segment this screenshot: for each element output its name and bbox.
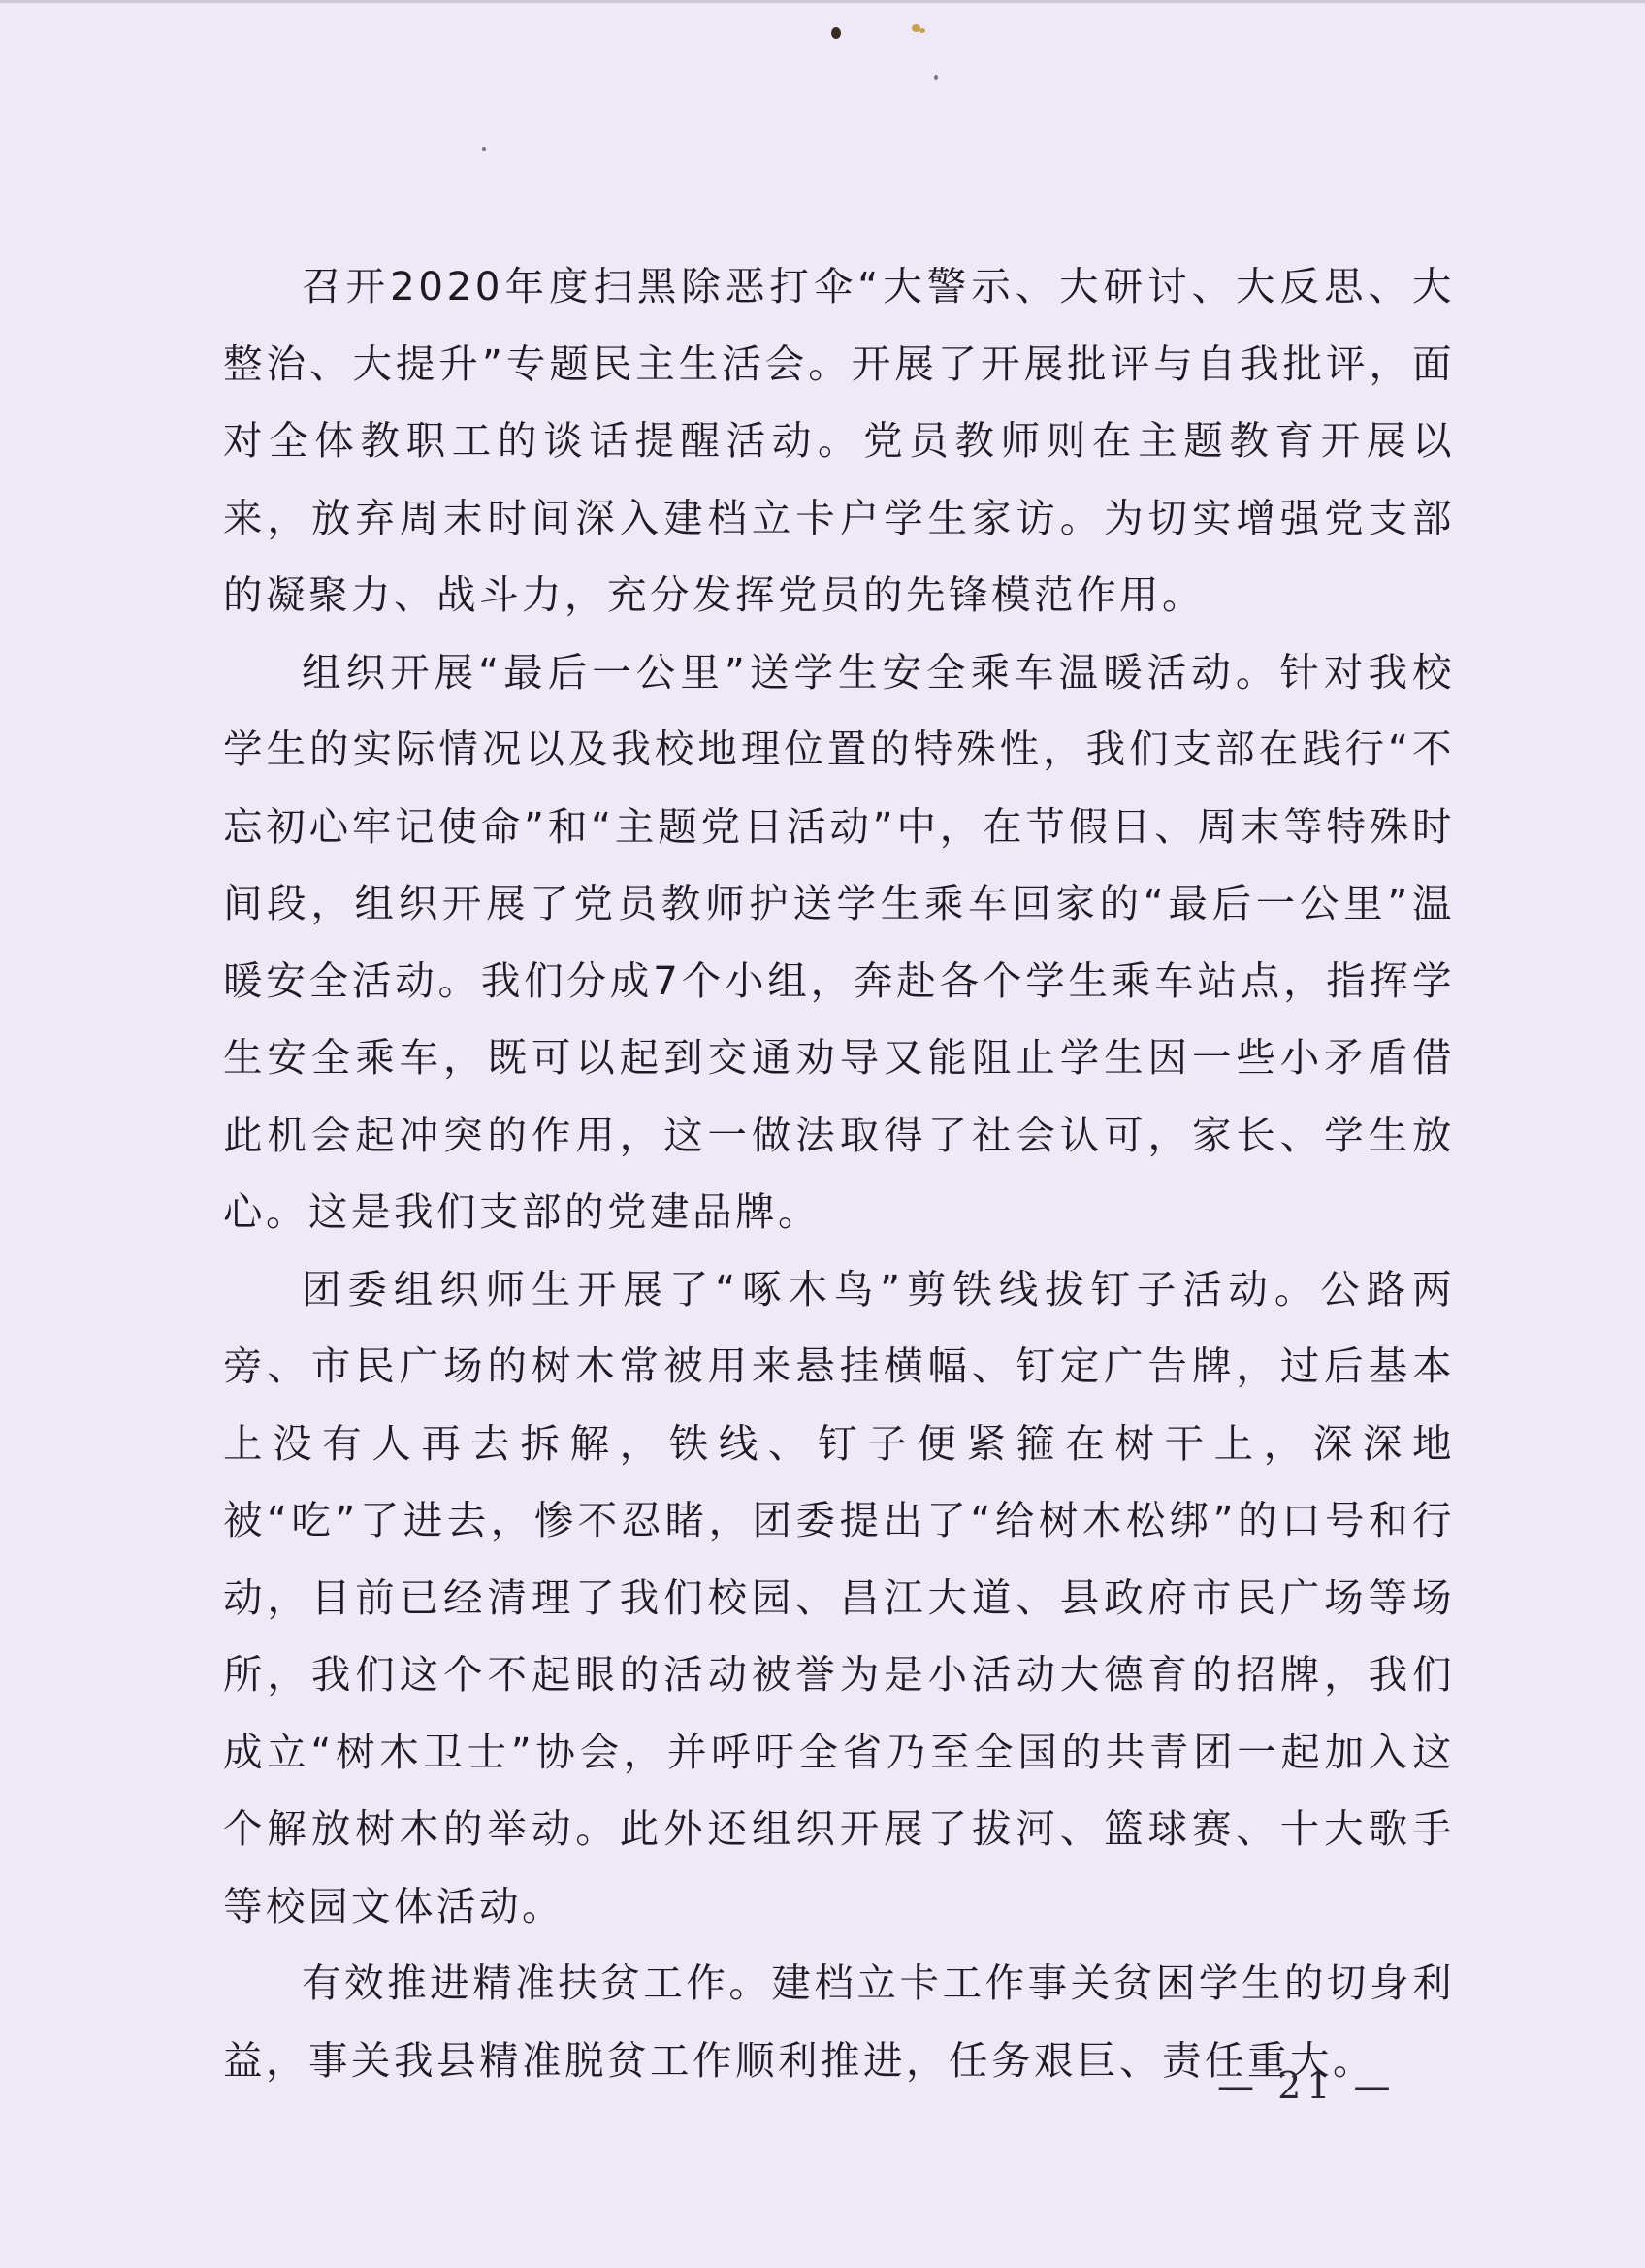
paragraph-last-mile-activity: 组织开展“最后一公里”送学生安全乘车温暖活动。针对我校学生的实际情况以及我校地理… (223, 634, 1455, 1251)
paragraph-party-life-meeting: 召开2020年度扫黑除恶打伞“大警示、大研讨、大反思、大整治、大提升”专题民主生… (223, 248, 1455, 634)
document-body: 召开2020年度扫黑除恶打伞“大警示、大研讨、大反思、大整治、大提升”专题民主生… (223, 248, 1455, 2099)
scan-page-edge (0, 0, 1645, 3)
paragraph-woodpecker-activity: 团委组织师生开展了“啄木鸟”剪铁线拔钉子活动。公路两旁、市民广场的树木常被用来悬… (223, 1251, 1455, 1946)
scan-speck (934, 75, 938, 80)
scan-speck (919, 28, 925, 33)
scan-speck (831, 27, 841, 39)
scan-speck (482, 147, 486, 151)
page-number: — 21 — (1217, 2064, 1397, 2107)
